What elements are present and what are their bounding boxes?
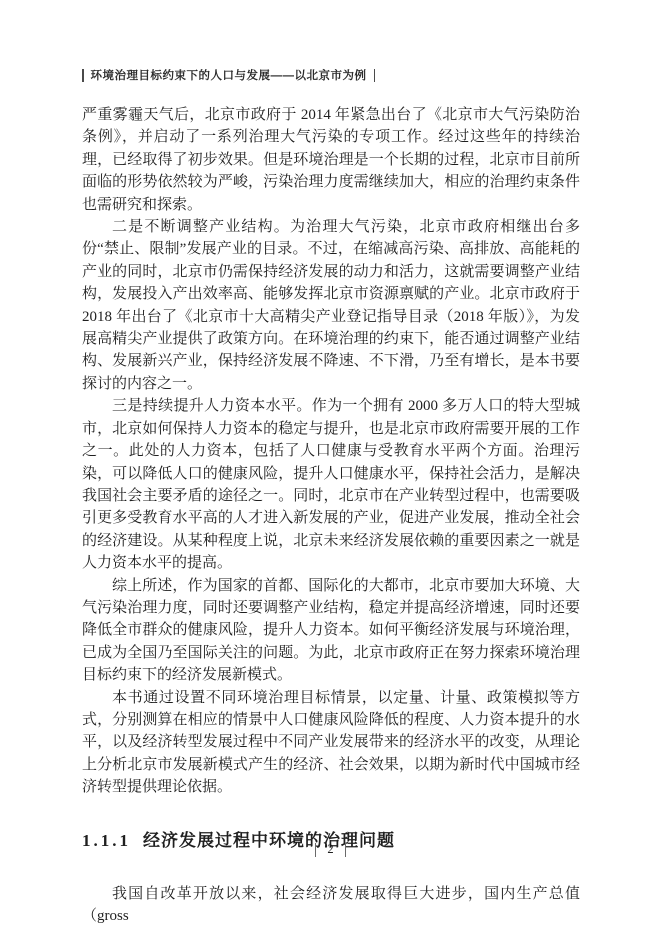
running-header-title: 环境治理目标约束下的人口与发展——以北京市为例 (91, 67, 367, 83)
page-footer: 2 (0, 842, 661, 857)
page-body: 严重雾霾天气后，北京市政府于 2014 年紧急出台了《北京市大气污染防治条例》，… (82, 104, 580, 925)
footer-rule-right (345, 843, 347, 857)
footer-rule-left (315, 843, 317, 857)
book-page: 环境治理目标约束下的人口与发展——以北京市为例 严重雾霾天气后，北京市政府于 2… (0, 0, 661, 925)
paragraph: 我国自改革开放以来，社会经济发展取得巨大进步，国内生产总值（gross (82, 883, 580, 925)
footer-page-number: 2 (327, 842, 333, 857)
paragraph: 本书通过设置不同环境治理目标情景，以定量、计量、政策模拟等方式，分别测算在相应的… (82, 687, 580, 799)
running-header: 环境治理目标约束下的人口与发展——以北京市为例 (82, 67, 375, 83)
paragraph: 综上所述，作为国家的首都、国际化的大都市，北京市要加大环境、大气污染治理力度，同… (82, 575, 580, 687)
paragraph: 二是不断调整产业结构。为治理大气污染，北京市政府相继出台多份“禁止、限制”发展产… (82, 216, 580, 395)
paragraph: 严重雾霾天气后，北京市政府于 2014 年紧急出台了《北京市大气污染防治条例》，… (82, 104, 580, 216)
header-rule-right (374, 69, 376, 82)
header-rule-left (82, 69, 84, 82)
paragraph: 三是持续提升人力资本水平。作为一个拥有 2000 多万人口的特大型城市，北京如何… (82, 395, 580, 574)
